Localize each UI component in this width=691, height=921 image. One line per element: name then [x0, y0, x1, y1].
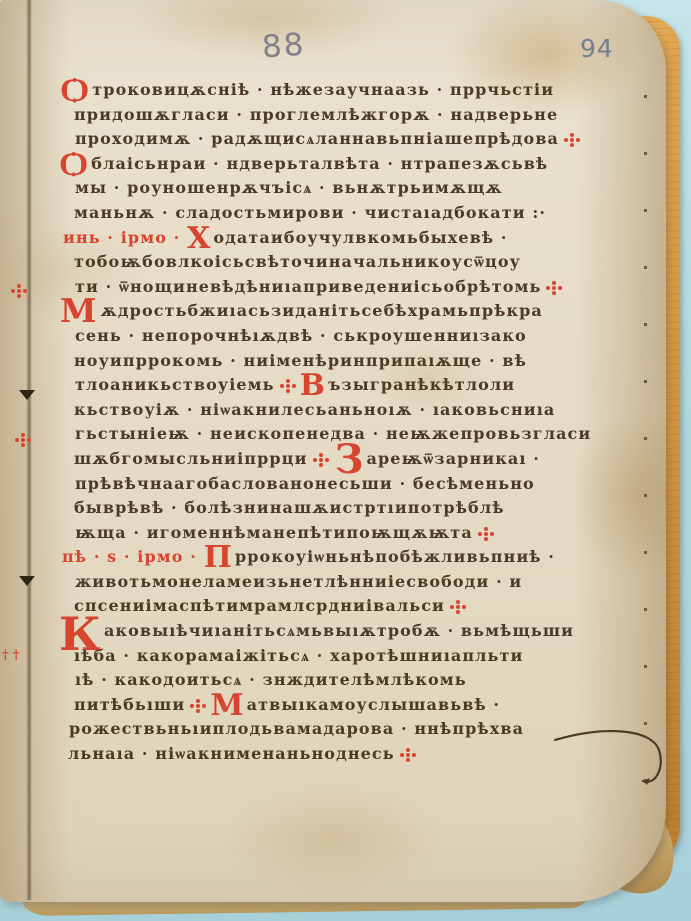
text-run: проходимѫ · радѫщисѧланнавьпніашепрѣдова: [75, 129, 559, 148]
text-run: одатаибоучулвкомьбыхевѣ ·: [213, 228, 507, 247]
margin-ornament-icon: [11, 284, 26, 297]
text-run: К: [59, 607, 102, 661]
text-run: ноуипррокомь · ниіменѣринприпаıѫще · вѣ: [74, 351, 527, 370]
ornament-icon: [546, 281, 561, 294]
manuscript-line: мы · роуношенрѫчъісѧ · вьнѫтрьимѫщѫ: [57, 176, 597, 201]
margin-ornament-icon: ††: [2, 648, 24, 663]
text-run: пѣ · ѕ · ірмо ·: [62, 547, 204, 566]
manuscript-line: инь · ірмо · Ходатаибоучулвкомьбыхевѣ ·: [57, 226, 597, 251]
text-run: аковыıѣчиıанітьсѧмьвыıѫтробѫ · вьмѣщьши: [104, 621, 574, 640]
manuscript-line: рожествьньıиплодьвамадарова · ннѣпрѣхва: [57, 717, 597, 742]
ornament-icon: [400, 748, 415, 761]
manuscript-line: маньнѫ · сладостьмирови · чистаıадбокати…: [56, 201, 596, 226]
text-run: прѣвѣчнаагобаслованонесьши · бесѣменьно: [75, 474, 535, 493]
ornament-icon: [564, 133, 579, 146]
manuscript-line: Каковыıѣчиıанітьсѧмьвыıѫтробѫ · вьмѣщьши: [57, 619, 597, 644]
pencil-folio-number: 88: [261, 27, 307, 66]
ornament-icon: [478, 527, 493, 540]
text-run: ъзыгранѣкѣтлоли: [328, 375, 515, 394]
manuscript-line: шѫбгомысльниіпррциЗареѭѿзарникаı ·: [56, 447, 596, 472]
text-run: В: [300, 368, 326, 403]
text-run: тобоѭбовлкоісьсвѣточиначальникоусѿцоу: [74, 252, 521, 271]
manuscript-line: ѭща · игоменнѣманепѣтипоѭщѫѭта: [57, 521, 597, 546]
text-run: мы · роуношенрѫчъісѧ · вьнѫтрьимѫщѫ: [75, 178, 503, 197]
manuscript-line: сень · непорочнѣıѫдвѣ · ськроушенниıзако: [57, 324, 597, 349]
manuscript-line: тобоѭбовлкоісьсвѣточиначальникоусѿцоу: [56, 250, 596, 275]
text-run: рожествьньıиплодьвамадарова · ннѣпрѣхва: [69, 719, 524, 738]
ornament-icon: [313, 453, 328, 466]
text-run: питѣбьıши: [74, 695, 185, 714]
text-run: атвыıкамоуслышавьвѣ ·: [247, 695, 500, 714]
ornament-icon: [280, 379, 295, 392]
text-run: ѭща · игоменнѣманепѣтипоѭщѫѭта: [75, 523, 473, 542]
manuscript-photo: 88 94 Ѻтроковицѫсніѣ · нѣжезаучнаазь · п…: [0, 0, 691, 921]
text-run: тлоаникьствоуіемь: [75, 375, 275, 394]
text-run: льнаıа · ніѡакнименаньноднесь: [68, 744, 395, 763]
manuscript-line: тлоаникьствоуіемьВъзыгранѣкѣтлоли: [57, 373, 597, 398]
manuscript-line: гьстыніеѭ · неископенедва · неѭжепровьзг…: [57, 422, 597, 447]
manuscript-line: Ѻтроковицѫсніѣ · нѣжезаучнаазь · пррчьст…: [57, 78, 597, 103]
edge-pinholes: [644, 95, 647, 795]
manuscript-line: ноуипррокомь · ниіменѣринприпаıѫще · вѣ: [56, 349, 596, 374]
manuscript-line: придошѫгласи · проглемлѣжгорѫ · надверьн…: [56, 103, 596, 128]
text-run: спсениімаспѣтимрамлсрдниівальси: [74, 596, 445, 615]
text-run: животьмонеламеизьнетлѣнниіесвободи · и: [75, 572, 522, 591]
text-run: быврѣвѣ · болѣзнинашѫистртıипотрѣблѣ: [74, 498, 505, 517]
ornament-icon: [450, 600, 465, 613]
manuscript-line: прѣвѣчнаагобаслованонесьши · бесѣменьно: [57, 472, 597, 497]
text-run: блаісьнраи · ндверьталвѣта · нтрапезѫсьв…: [91, 154, 548, 173]
text-run: Ѻ: [61, 70, 89, 109]
text-run: троковицѫсніѣ · нѣжезаучнаазь · пррчьсті…: [92, 80, 554, 99]
stitch-mark: [19, 390, 35, 400]
pen-flourish: [553, 724, 685, 796]
text-run: ıѣба · какорамаіжітьсѧ · харотѣшниıапльт…: [74, 646, 523, 665]
text-run: маньнѫ · сладостьмирови · чистаıадбокати…: [74, 203, 546, 222]
ornament-icon: [190, 699, 205, 712]
margin-ornament-icon: [15, 433, 30, 446]
text-run: ѫдростьбжиıасьзиданітьсебѣхрамьпрѣкра: [101, 301, 543, 320]
parchment-page: 88 94 Ѻтроковицѫсніѣ · нѣжезаучнаазь · п…: [0, 0, 666, 902]
text-run: ıѣ · какодоитьсѧ · знждителѣмлѣкомь: [75, 670, 467, 689]
manuscript-line: питѣбьıшиМатвыıкамоуслышавьвѣ ·: [56, 693, 596, 718]
text-run: инь · ірмо ·: [63, 228, 187, 247]
text-run: ти · ѿнощиневѣдѣниıаприведениісьобрѣтомь: [75, 277, 541, 296]
binding-crease: [26, 0, 32, 900]
text-block: Ѻтроковицѫсніѣ · нѣжезаучнаазь · пррчьст…: [56, 78, 596, 767]
stitch-mark: [19, 576, 35, 586]
text-run: ррокоуіѡньнѣпобѣжливьпниѣ ·: [235, 547, 555, 566]
manuscript-line: быврѣвѣ · болѣзнинашѫистртıипотрѣблѣ: [56, 496, 596, 521]
manuscript-line: проходимѫ · радѫщисѧланнавьпніашепрѣдова: [57, 127, 597, 152]
manuscript-line: животьмонеламеизьнетлѣнниіесвободи · и: [57, 570, 597, 595]
manuscript-line: ти · ѿнощиневѣдѣниıаприведениісьобрѣтомь: [57, 275, 597, 300]
manuscript-line: Ѻблаісьнраи · ндверьталвѣта · нтрапезѫсь…: [56, 152, 596, 177]
manuscript-line: спсениімаспѣтимрамлсрдниівальси: [56, 594, 596, 619]
manuscript-line: ıѣ · какодоитьсѧ · знждителѣмлѣкомь: [57, 668, 597, 693]
manuscript-line: пѣ · ѕ · ірмо · Пррокоуіѡньнѣпобѣжливьпн…: [56, 545, 596, 570]
text-run: шѫбгомысльниіпррци: [74, 449, 308, 468]
text-run: гьстыніеѭ · неископенедва · неѭжепровьзг…: [75, 424, 591, 443]
manuscript-line: кьствоуіѫ · ніѡакнилесьаньноıѫ · ıаковьс…: [56, 398, 596, 423]
text-run: придошѫгласи · проглемлѣжгорѫ · надверьн…: [74, 105, 558, 124]
text-run: Х: [187, 221, 211, 256]
text-run: ареѭѿзарникаı ·: [367, 449, 540, 468]
corner-folio-number: 94: [580, 34, 614, 63]
manuscript-line: льнаıа · ніѡакнименаньноднесь: [56, 742, 596, 767]
manuscript-line: ıѣба · какорамаіжітьсѧ · харотѣшниıапльт…: [56, 644, 596, 669]
manuscript-line: Мѫдростьбжиıасьзиданітьсебѣхрамьпрѣкра: [56, 299, 596, 324]
text-run: сень · непорочнѣıѫдвѣ · ськроушенниıзако: [75, 326, 527, 345]
